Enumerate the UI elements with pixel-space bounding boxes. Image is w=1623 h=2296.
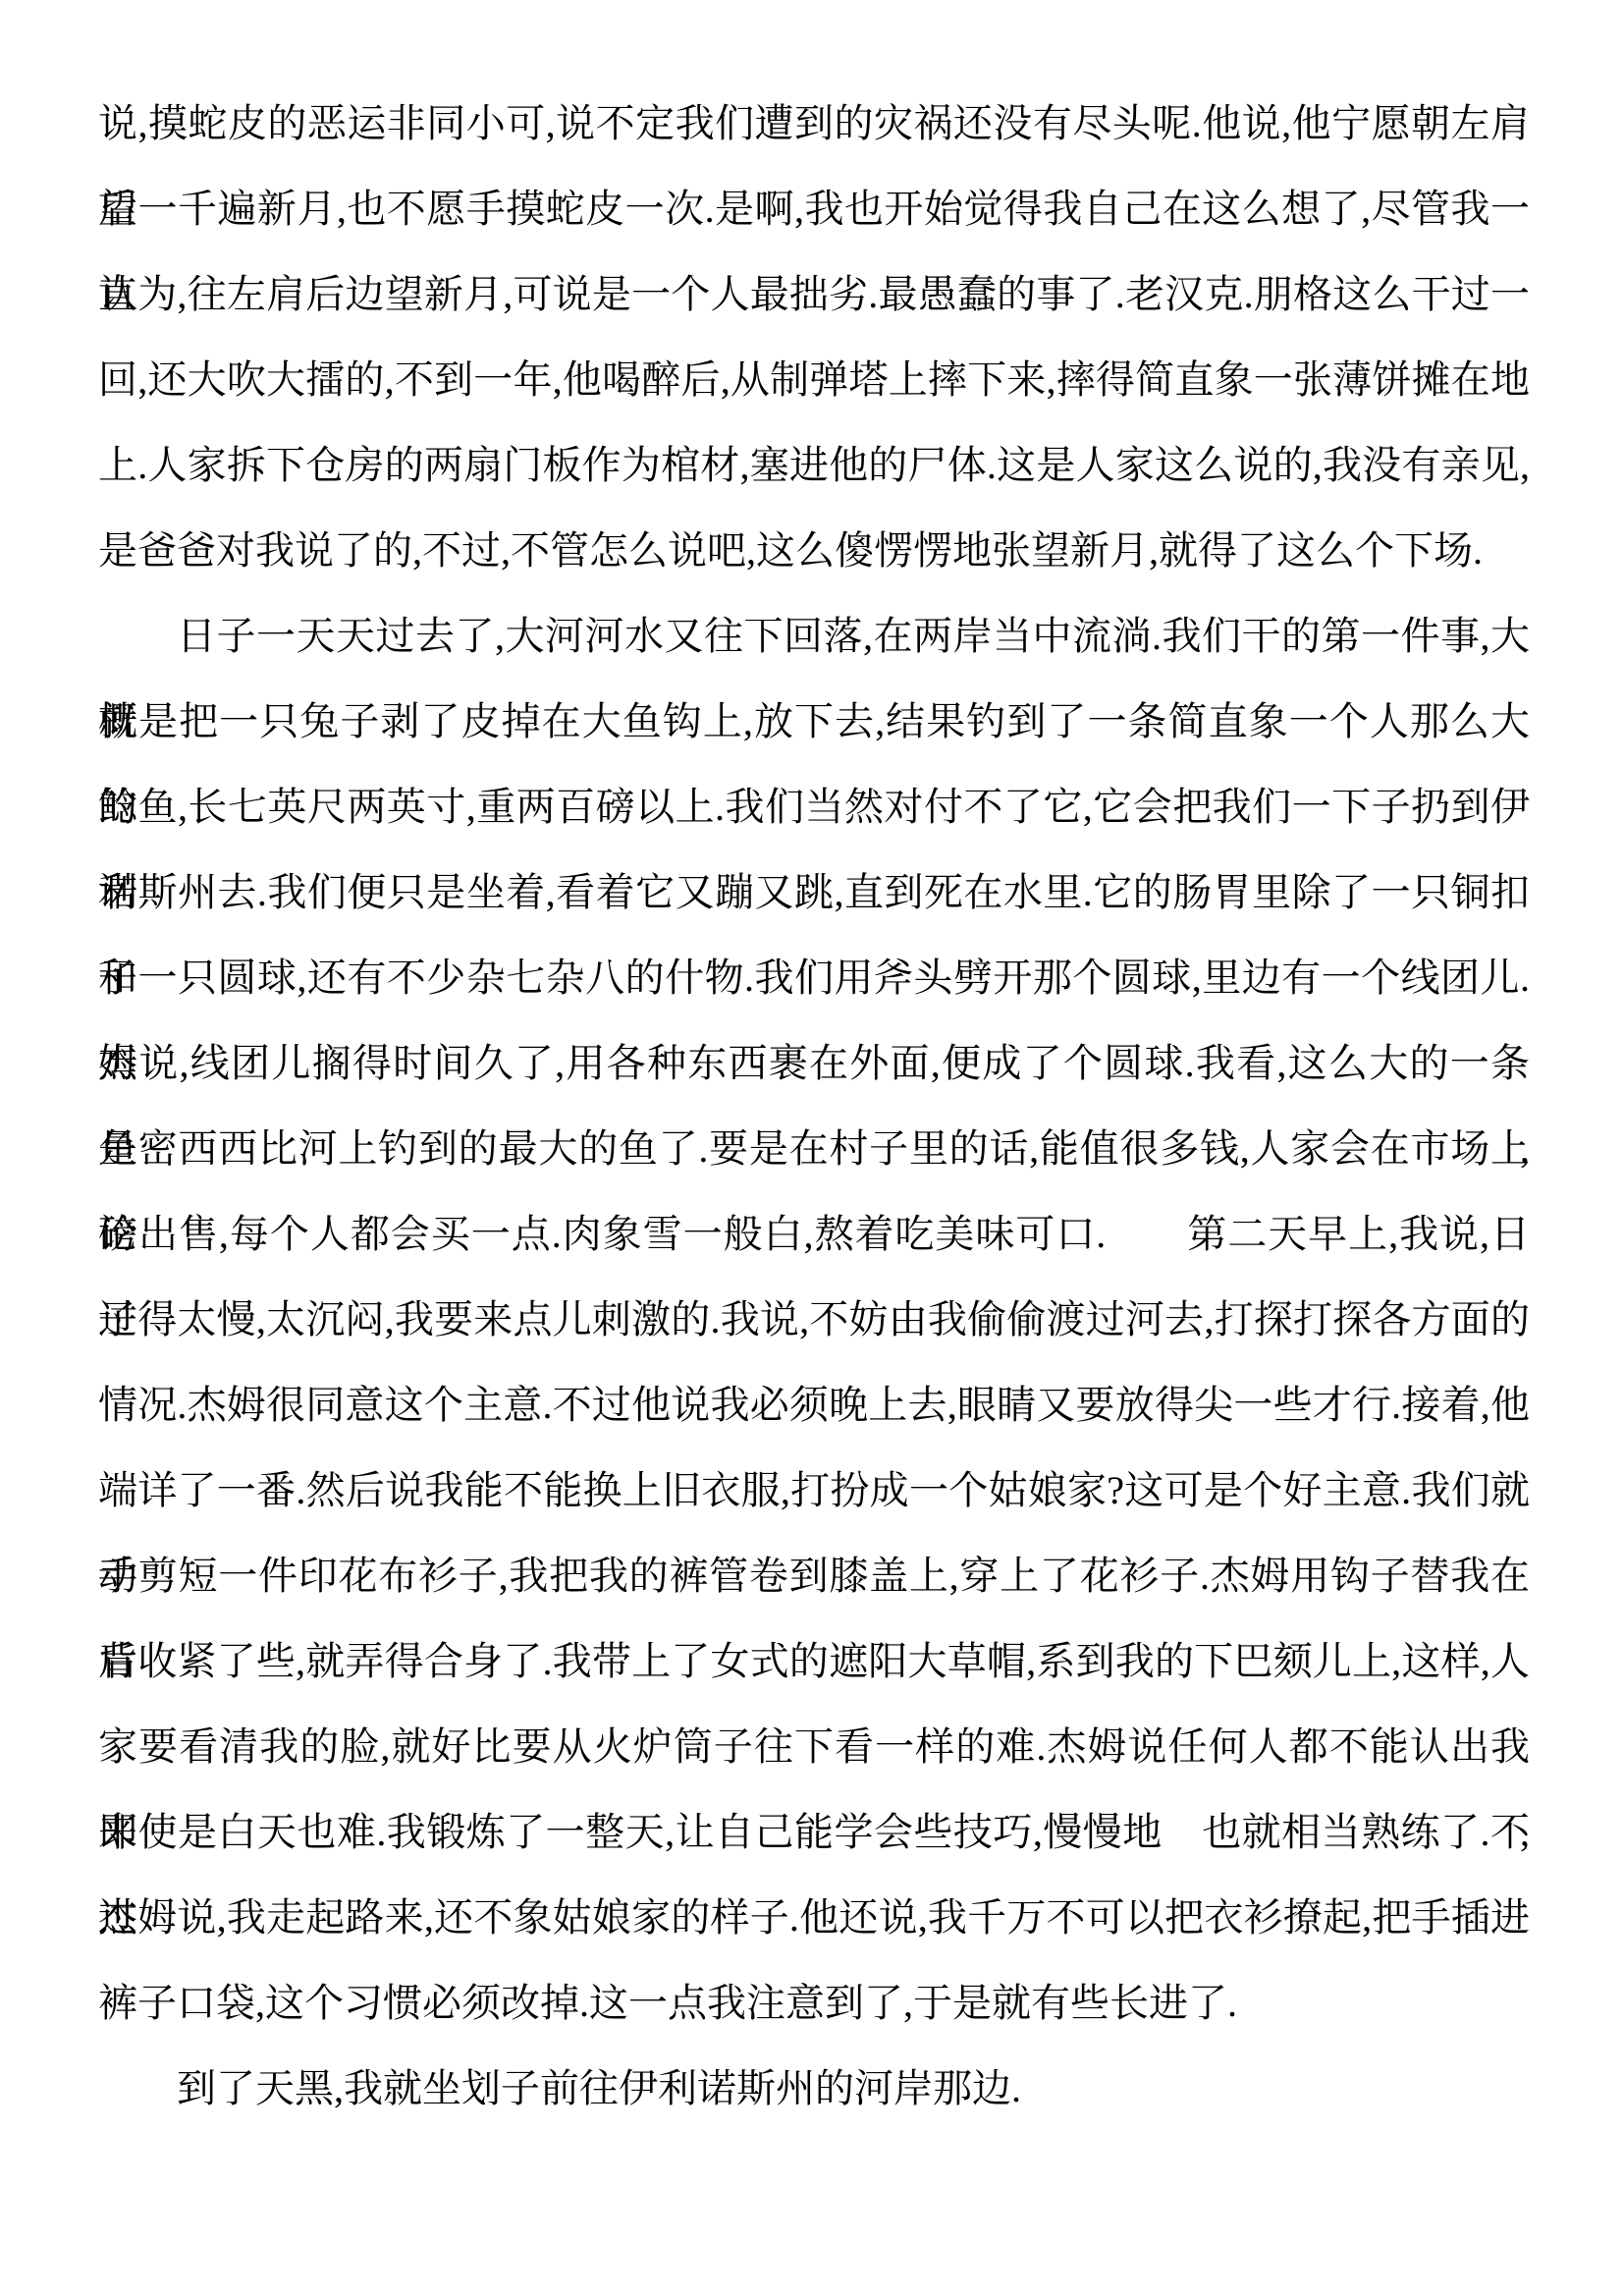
text-line: 杰姆说,我走起路来,还不象姑娘家的样子.他还说,我千万不可以把衣衫撩起,把手插进 (98, 1875, 1530, 1960)
text-line: 过得太慢,太沉闷,我要来点儿刺激的.我说,不妨由我偷偷渡过河去,打探打探各方面的 (98, 1277, 1530, 1362)
text-line: 日子一天天过去了,大河河水又往下回落,在两岸当中流淌.我们干的第一件事,大概 (98, 593, 1530, 679)
text-line: 就是把一只兔子剥了皮掉在大鱼钩上,放下去,结果钓到了一条简直象一个人那么大的 (98, 679, 1530, 764)
text-line: 上.人家拆下仓房的两扇门板作为棺材,塞进他的尸体.这是人家这么说的,我没有亲见, (98, 422, 1530, 508)
document-content: 说,摸蛇皮的恶运非同小可,说不定我们遭到的灾祸还没有尽头呢.他说,他宁愿朝左肩后… (98, 81, 1530, 2131)
text-line: 是爸爸对我说了的,不过,不管怎么说吧,这么傻愣愣地张望新月,就得了这么个下场. (98, 508, 1530, 593)
text-line: 磅出售,每个人都会买一点.肉象雪一般白,熬着吃美味可口. 第二天早上,我说,日子 (98, 1191, 1530, 1277)
text-line: 家要看清我的脸,就好比要从火炉筒子往下看一样的难.杰姆说任何人都不能认出我来, (98, 1704, 1530, 1789)
text-line: 认为,往左肩后边望新月,可说是一个人最拙劣.最愚蠢的事了.老汉克.朋格这么干过一 (98, 251, 1530, 337)
text-line: 望一千遍新月,也不愿手摸蛇皮一次.是啊,我也开始觉得我自己在这么想了,尽管我一直 (98, 166, 1530, 251)
text-line: 和一只圆球,还有不少杂七杂八的什物.我们用斧头劈开那个圆球,里边有一个线团儿.杰 (98, 935, 1530, 1020)
text-line: 鲶鱼,长七英尺两英寸,重两百磅以上.我们当然对付不了它,它会把我们一下子扔到伊利 (98, 764, 1530, 849)
document-page: 说,摸蛇皮的恶运非同小可,说不定我们遭到的灾祸还没有尽头呢.他说,他宁愿朝左肩后… (0, 0, 1623, 2296)
text-line: 端详了一番.然后说我能不能换上旧衣服,打扮成一个姑娘家?这可是个好主意.我们就动 (98, 1448, 1530, 1533)
text-line: 手剪短一件印花布衫子,我把我的裤管卷到膝盖上,穿上了花衫子.杰姆用钩子替我在背 (98, 1533, 1530, 1618)
text-line: 情况.杰姆很同意这个主意.不过他说我必须晚上去,眼睛又要放得尖一些才行.接着,他 (98, 1362, 1530, 1448)
paragraph: 日子一天天过去了,大河河水又往下回落,在两岸当中流淌.我们干的第一件事,大概就是… (98, 593, 1530, 2046)
text-line: 即使是白天也难.我锻炼了一整天,让自己能学会些技巧,慢慢地 也就相当熟练了.不过 (98, 1789, 1530, 1875)
text-line: 后收紧了些,就弄得合身了.我带上了女式的遮阳大草帽,系到我的下巴颏儿上,这样,人 (98, 1618, 1530, 1704)
paragraph: 说,摸蛇皮的恶运非同小可,说不定我们遭到的灾祸还没有尽头呢.他说,他宁愿朝左肩后… (98, 81, 1530, 593)
text-line: 诺斯州去.我们便只是坐着,看着它又蹦又跳,直到死在水里.它的肠胃里除了一只铜扣子 (98, 849, 1530, 935)
text-line: 到了天黑,我就坐划子前往伊利诺斯州的河岸那边. (98, 2046, 1530, 2131)
text-line: 是密西西比河上钓到的最大的鱼了.要是在村子里的话,能值很多钱,人家会在市场上论 (98, 1106, 1530, 1191)
text-line: 回,还大吹大擂的,不到一年,他喝醉后,从制弹塔上摔下来,摔得简直象一张薄饼摊在地 (98, 337, 1530, 422)
text-line: 姆说,线团儿搁得时间久了,用各种东西裹在外面,便成了个圆球.我看,这么大的一条鱼… (98, 1020, 1530, 1106)
text-line: 说,摸蛇皮的恶运非同小可,说不定我们遭到的灾祸还没有尽头呢.他说,他宁愿朝左肩后 (98, 81, 1530, 166)
paragraph: 到了天黑,我就坐划子前往伊利诺斯州的河岸那边. (98, 2046, 1530, 2131)
text-line: 裤子口袋,这个习惯必须改掉.这一点我注意到了,于是就有些长进了. (98, 1960, 1530, 2046)
